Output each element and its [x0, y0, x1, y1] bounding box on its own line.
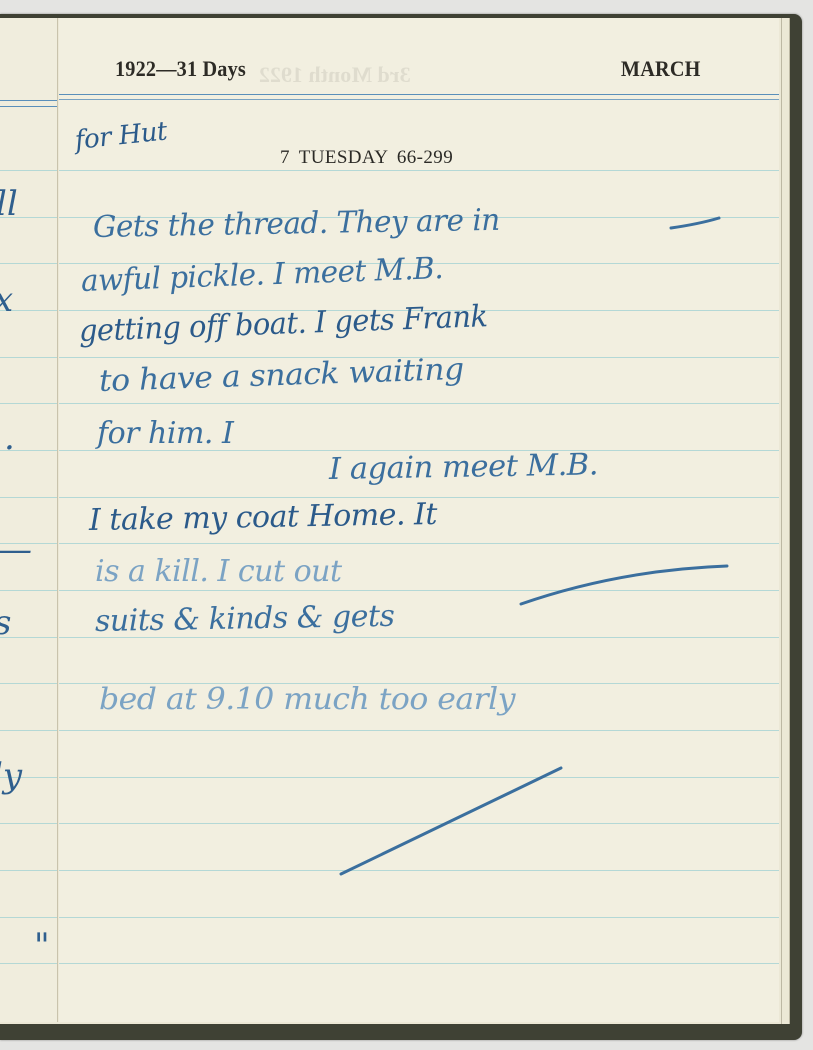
ruled-line — [0, 683, 57, 684]
diary-page: 3rd Month 1922 1922—31 Days MARCH 7 TUES… — [59, 18, 779, 1022]
ink-strokes — [59, 18, 779, 1022]
ink-diagonal-stroke — [341, 768, 561, 874]
ruled-line — [0, 870, 57, 871]
ruled-line — [0, 497, 57, 498]
handwriting-fragment: ll — [0, 184, 18, 224]
ruled-line — [0, 917, 57, 918]
handwriting-fragment: — — [0, 530, 32, 570]
ruled-line — [0, 403, 57, 404]
handwriting-fragment: " — [34, 926, 50, 966]
ruled-line — [0, 170, 57, 171]
handwriting-fragment: ly — [0, 756, 22, 796]
handwriting-fragment: . — [4, 418, 15, 458]
ruled-line — [0, 357, 57, 358]
ruled-line — [0, 823, 57, 824]
ruled-line — [0, 590, 57, 591]
handwriting-fragment: x — [0, 280, 13, 320]
handwriting-fragment: s — [0, 603, 11, 643]
ruled-line — [0, 730, 57, 731]
ruled-line — [0, 263, 57, 264]
ink-dash — [671, 218, 719, 228]
header-rule — [0, 100, 57, 101]
left-page: ll x . — s ly " — [0, 18, 58, 1022]
ink-flourish — [521, 566, 727, 604]
header-rule — [0, 106, 57, 107]
